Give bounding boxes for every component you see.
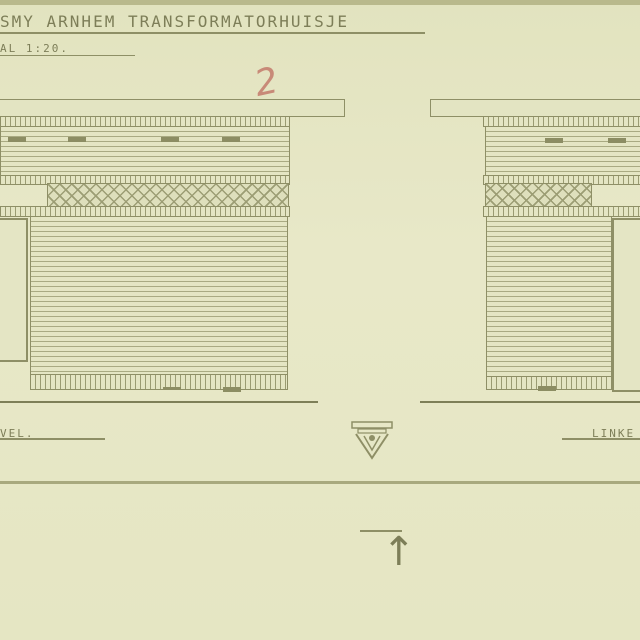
roof-fascia [430,99,640,117]
vent [545,138,563,143]
vent [163,387,181,390]
upper-siding [0,126,290,176]
ground-line [420,401,640,403]
vent [608,138,626,143]
ground-line [0,401,318,403]
monogram-emblem-icon [350,420,394,460]
label-underline [562,438,640,440]
door [0,218,28,362]
drawing-title: SMY ARNHEM TRANSFORMATORHUISJE [0,12,425,34]
sheet-top-edge [0,0,640,5]
north-arrow-icon: ↑ [382,532,416,572]
sheet-divider-line [0,481,640,484]
lower-siding [30,216,288,376]
vent [222,137,240,142]
base-frieze [30,374,288,390]
upper-siding [485,126,640,176]
drawing-scale: AL 1:20. [0,43,135,56]
vent [161,137,179,142]
vent [223,387,241,392]
lower-siding [486,216,612,378]
roof-fascia [0,99,345,117]
diamond-band [485,183,592,208]
vent [538,386,556,391]
vent [68,137,86,142]
label-underline [0,438,105,440]
door [612,218,640,392]
diamond-band [47,183,289,208]
vent [8,137,26,142]
